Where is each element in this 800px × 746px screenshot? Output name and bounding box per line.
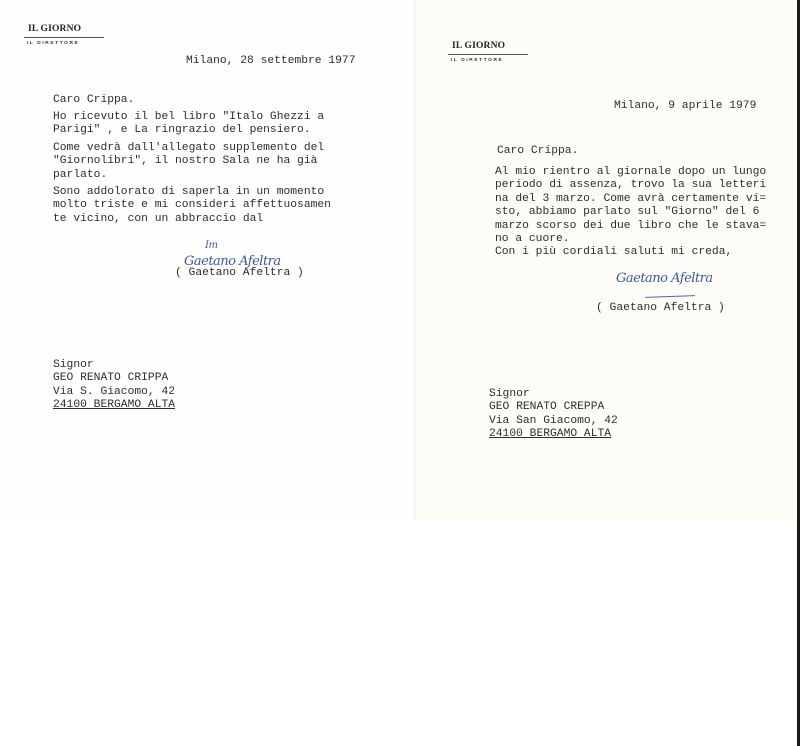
paragraph: Con i più cordiali saluti mi creda, — [495, 246, 732, 259]
text-line: Ho ricevuto il bel libro "Italo Ghezzi a — [53, 111, 324, 124]
text-line: Signor — [489, 388, 618, 401]
text-line: Al mio rientro al giornale dopo un lungo — [495, 166, 766, 179]
masthead-title: IL GIORNO — [448, 41, 528, 51]
text-line: Via San Giacomo, 42 — [489, 415, 618, 428]
text-line: no a cuore. — [495, 233, 766, 246]
text-line: Con i più cordiali saluti mi creda, — [495, 246, 732, 259]
letter-1979 — [415, 0, 798, 520]
text-line: GEO RENATO CRIPPA — [53, 372, 175, 385]
masthead: IL GIORNO IL DIRETTORE — [24, 24, 104, 46]
text-line: molto triste e mi consideri affettuosame… — [53, 199, 331, 212]
paragraph: Sono addolorato di saperla in un momento… — [53, 186, 331, 226]
masthead-rule — [448, 54, 528, 55]
text-line: te vicino, con un abbraccio dal — [53, 213, 331, 226]
masthead-title: IL GIORNO — [24, 24, 104, 34]
text-line: 24100 BERGAMO ALTA — [53, 399, 175, 412]
recipient-address: SignorGEO RENATO CRIPPAVia S. Giacomo, 4… — [53, 359, 175, 413]
text-line: Parigi" , e La ringrazio del pensiero. — [53, 124, 324, 137]
text-line: "Giornolibri", il nostro Sala ne ha già — [53, 155, 324, 168]
masthead-rule — [24, 37, 104, 38]
typed-signature: ( Gaetano Afeltra ) — [596, 302, 725, 315]
letter-date: Milano, 28 settembre 1977 — [186, 55, 355, 68]
text-line: 24100 BERGAMO ALTA — [489, 428, 618, 441]
text-line: Signor — [53, 359, 175, 372]
typed-signature: ( Gaetano Afeltra ) — [175, 267, 304, 280]
recipient-address: SignorGEO RENATO CREPPAVia San Giacomo, … — [489, 388, 618, 442]
letter-date: Milano, 9 aprile 1979 — [614, 100, 756, 113]
text-line: sto, abbiamo parlato sul "Giorno" del 6 — [495, 206, 766, 219]
paragraph: Come vedrà dall'allegato supplemento del… — [53, 142, 324, 182]
greeting: Caro Crippa. — [53, 94, 134, 107]
handwritten-signature: Gaetano Afeltra — [616, 271, 713, 286]
text-line: Via S. Giacomo, 42 — [53, 386, 175, 399]
paragraph: Ho ricevuto il bel libro "Italo Ghezzi a… — [53, 111, 324, 138]
text-line: na del 3 marzo. Come avrà certamente vi= — [495, 193, 766, 206]
masthead-subtitle: IL DIRETTORE — [24, 41, 104, 46]
signature-initials: Im — [205, 240, 217, 251]
masthead: IL GIORNO IL DIRETTORE — [448, 41, 528, 63]
masthead-subtitle: IL DIRETTORE — [448, 58, 528, 63]
paragraph: Al mio rientro al giornale dopo un lungo… — [495, 166, 766, 246]
text-line: marzo scorso dei due libro che le stava= — [495, 220, 766, 233]
text-line: periodo di assenza, trovo la sua letteri — [495, 179, 766, 192]
text-line: GEO RENATO CREPPA — [489, 401, 618, 414]
text-line: Come vedrà dall'allegato supplemento del — [53, 142, 324, 155]
text-line: parlato. — [53, 169, 324, 182]
text-line: Sono addolorato di saperla in un momento — [53, 186, 331, 199]
greeting: Caro Crippa. — [497, 145, 578, 158]
